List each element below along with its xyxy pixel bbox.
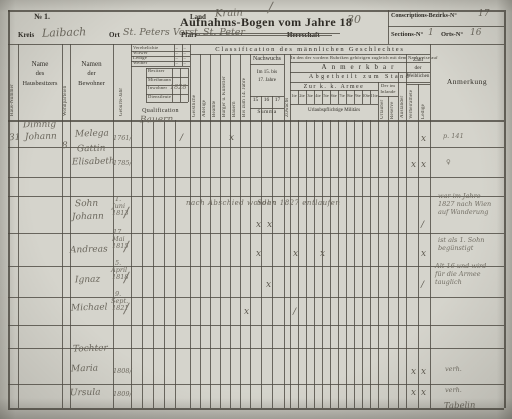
grid-line-horizontal <box>8 233 504 234</box>
armee-class-cell: 8te <box>346 94 354 99</box>
grid-line-vertical <box>322 90 323 104</box>
religion-row-value: – <box>184 61 187 66</box>
handwritten-remark: begünstigt <box>438 245 473 252</box>
grid-line-vertical <box>418 84 419 408</box>
grid-line-horizontal <box>146 68 188 69</box>
handwritten-remark: Alt 16 und wird <box>435 263 486 270</box>
column-header-house-number: Haus-Nummer <box>10 58 15 116</box>
grid-line-horizontal <box>8 408 504 410</box>
column-header-owner-2: des <box>18 71 62 78</box>
handwritten-entry: 31 <box>9 134 21 143</box>
armee-class-cell: 5te <box>322 94 330 99</box>
signature: Tabelin <box>444 402 476 411</box>
handwritten-date: 1761∕ <box>113 135 132 142</box>
ort-label: Ort <box>109 32 120 39</box>
check-mark: x <box>256 221 261 230</box>
grid-line-horizontal <box>406 84 430 85</box>
grid-line-horizontal <box>8 44 504 45</box>
check-mark: x <box>421 368 426 377</box>
grid-line-vertical <box>370 120 371 408</box>
kreis-value: Laibach <box>42 26 87 39</box>
column-header-1: Geistliche <box>192 57 197 117</box>
handwritten-entry: Ignaz <box>75 276 100 286</box>
handwritten-entry: Gattin <box>77 145 106 155</box>
column-header-owner-3: Hausbesitzers <box>18 81 62 87</box>
grid-line-horizontal <box>388 26 504 27</box>
handwritten-remark: p. 141 <box>443 133 464 140</box>
grid-line-horizontal <box>250 108 284 109</box>
handwritten-entry: 8 <box>62 142 68 151</box>
grid-line-horizontal <box>250 64 284 65</box>
grid-line-horizontal <box>290 62 430 63</box>
orts-label: Orts-N° <box>441 32 463 39</box>
handwritten-remark: verh. <box>445 387 462 394</box>
armee-class-cell: 7te <box>338 94 346 99</box>
sections-value: 1 <box>428 29 434 38</box>
grid-line-horizontal <box>290 82 430 83</box>
grid-line-horizontal <box>131 66 190 67</box>
grid-line-vertical <box>362 90 363 104</box>
grid-line-vertical <box>370 90 371 104</box>
check-mark: x <box>293 250 298 259</box>
qualification-row-label: Inwohner <box>148 86 167 91</box>
women-title-2: der <box>406 66 430 72</box>
handwritten-entry: Melega <box>75 130 109 140</box>
check-mark: ∕ <box>180 134 183 143</box>
column-header-inhabitants-3: Bewohner <box>70 81 113 88</box>
check-mark: x <box>320 250 325 259</box>
classification-banner: Classification des männlichen Geschlecht… <box>190 47 430 54</box>
qualification-row-label: Miethmann <box>148 78 171 83</box>
column-header-owner-1: Name <box>18 61 62 68</box>
grid-line-vertical <box>346 90 347 104</box>
column-header-party: Wohnparteien <box>63 56 68 116</box>
handwritten-entry: Maria <box>71 365 98 375</box>
grid-line-vertical <box>142 120 143 408</box>
handwritten-date: 1809∕ <box>113 391 132 398</box>
armee-class-cell: 4te <box>314 94 322 99</box>
grid-line-vertical <box>298 90 299 104</box>
conscription-label: Conscriptions-Bezirks-N° <box>391 13 457 19</box>
grid-line-vertical <box>362 120 363 408</box>
handwritten-entry: Johann <box>25 133 57 143</box>
women-column-2: Ledige <box>421 86 426 119</box>
column-header-auslaender: Ausländer <box>400 74 405 118</box>
grid-line-vertical <box>306 120 307 408</box>
handwritten-entry: Andreas <box>70 246 108 256</box>
handwritten-entry: Johann <box>72 213 104 223</box>
grid-line-vertical <box>200 54 201 408</box>
grid-line-horizontal <box>8 266 504 267</box>
grid-line-horizontal <box>378 96 398 97</box>
grid-line-horizontal <box>8 384 504 385</box>
nachwuchs-sub-2: 17. Jahre <box>250 78 284 83</box>
grid-line-vertical <box>284 54 285 408</box>
grid-line-vertical <box>504 10 506 408</box>
grid-line-horizontal <box>8 177 504 178</box>
grid-line-vertical <box>175 120 176 408</box>
grid-line-horizontal <box>8 325 504 326</box>
grid-line-vertical <box>240 54 241 408</box>
nachwuchs-sub-1: Im 15. bis <box>250 70 284 75</box>
column-header-6: Bis zum 14. Jahre <box>242 57 247 117</box>
grid-line-vertical <box>314 120 315 408</box>
stroke-mark: ∕ <box>124 302 129 316</box>
handwritten-remark: war im Jahre <box>438 193 481 200</box>
grid-line-horizontal <box>250 96 284 97</box>
grid-line-vertical <box>398 72 399 408</box>
stroke-mark: ∕ <box>124 240 129 254</box>
check-mark: x <box>421 250 426 259</box>
grid-line-vertical <box>272 96 273 408</box>
handwritten-entry: Tochter <box>73 345 108 355</box>
check-mark: ∕ <box>293 308 296 317</box>
grid-line-vertical <box>290 54 291 408</box>
column-header-birth-year: Geburts-Jahr <box>119 56 124 116</box>
grid-line-vertical <box>298 120 299 408</box>
kreis-label: Kreis <box>18 32 34 39</box>
handwritten-note: Sohn 1827 entlaufen <box>257 200 340 207</box>
armee-class-cell: 2te <box>298 94 306 99</box>
women-title-3: Weiblichen <box>406 74 430 79</box>
check-mark: ∕ <box>421 221 424 230</box>
stroke-mark: ∕ <box>124 271 129 285</box>
grid-line-vertical <box>378 82 379 408</box>
handwritten-remark: ♀ <box>446 159 451 166</box>
check-mark: x <box>229 134 234 143</box>
handwritten-remark: tauglich <box>435 279 462 286</box>
grid-line-vertical <box>306 90 307 104</box>
urlaub-title: Urlaubspflichtige Militärs <box>290 108 378 113</box>
check-mark: x <box>266 281 271 290</box>
column-header-4: Bürger u. Künstler <box>222 57 227 117</box>
check-mark: x <box>421 135 426 144</box>
grid-line-horizontal <box>290 72 430 73</box>
religion-row-value: – <box>176 61 179 66</box>
grid-line-vertical <box>346 120 347 408</box>
handwritten-entry: Sohn <box>75 200 98 210</box>
grid-line-vertical <box>330 90 331 104</box>
armee-class-cell: 3te <box>306 94 314 99</box>
handwritten-remark: für die Armee <box>435 271 481 278</box>
grid-line-vertical <box>330 120 331 408</box>
nachwuchs-age-cell: 17 <box>272 98 283 104</box>
check-mark: x <box>421 389 426 398</box>
handwritten-remark: verh. <box>445 366 462 373</box>
handwritten-entry: Ursula <box>70 389 101 399</box>
stroke-mark: ∕ <box>268 1 273 15</box>
grid-line-vertical <box>113 44 114 408</box>
column-header-5: Bauern <box>232 57 237 117</box>
handwritten-entry: Michael <box>71 304 108 314</box>
check-mark: x <box>411 389 416 398</box>
form-number: № 1. <box>34 13 50 21</box>
form-title-year: 30 <box>347 14 361 25</box>
check-mark: ∕ <box>421 281 424 290</box>
grid-line-vertical <box>188 68 189 102</box>
grid-line-horizontal <box>8 196 504 197</box>
check-mark: x <box>244 308 249 317</box>
women-title-1: Zahl <box>406 58 430 64</box>
religion-row-label: Weiber <box>133 61 147 66</box>
grid-line-horizontal <box>190 54 430 55</box>
inland-column-1: Urlauber <box>380 97 385 119</box>
check-mark: x <box>421 161 426 170</box>
grid-line-vertical <box>190 44 191 408</box>
women-column-1: Verheirathete <box>409 86 414 119</box>
nachwuchs-age-cell: 15 <box>250 98 261 104</box>
check-mark: x <box>411 161 416 170</box>
anmerkung-header: Anmerkung <box>430 78 504 86</box>
armee-class-cell: 6te <box>330 94 338 99</box>
handwritten-date: 1808∕ <box>113 368 132 375</box>
column-header-inhabitants-2: der <box>70 71 113 78</box>
handwritten-remark: auf Wanderung <box>438 209 488 216</box>
grid-line-horizontal <box>8 297 504 298</box>
armee-class-cell: 10te <box>362 94 370 99</box>
orts-value: 16 <box>470 29 481 38</box>
handwritten-entry: Elisabeth <box>72 157 115 167</box>
grid-line-vertical <box>70 44 71 408</box>
armee-title: Zur k. k. Armee <box>290 84 378 90</box>
check-mark: x <box>256 250 261 259</box>
grid-line-vertical <box>261 96 262 408</box>
nachwuchs-title: Nachwuchs <box>250 56 284 62</box>
handwritten-entry: Bauern <box>140 116 173 126</box>
handwritten-remark: 1827 nach Wien <box>438 201 491 208</box>
stroke-mark: ∕ <box>124 206 129 220</box>
qualification-row-label: Dienstleute <box>148 95 171 100</box>
grid-line-vertical <box>354 120 355 408</box>
nachwuchs-age-cell: 16 <box>261 98 272 104</box>
grid-line-vertical <box>338 90 339 104</box>
grid-line-vertical <box>388 96 389 408</box>
check-mark: x <box>411 368 416 377</box>
inland-title-2: Inlande <box>378 90 398 95</box>
grid-line-vertical <box>131 44 132 408</box>
column-header-3: Beamte <box>212 57 217 117</box>
qualification-row-label: Besitzer <box>148 69 165 74</box>
title-underline <box>187 33 340 34</box>
grid-line-horizontal <box>290 104 378 105</box>
sections-label: Sections-N° <box>391 32 423 39</box>
handwritten-remark: ist als 1. Sohn <box>438 237 484 244</box>
handwritten-date: 1828 <box>170 84 187 91</box>
grid-line-vertical <box>322 120 323 408</box>
armee-class-cell: 9te <box>354 94 362 99</box>
grid-line-vertical <box>314 90 315 104</box>
grid-line-vertical <box>220 54 221 408</box>
title-underline-2 <box>195 35 332 36</box>
column-header-inhabitants-1: Namen <box>70 61 113 68</box>
grid-line-vertical <box>354 90 355 104</box>
armee-class-cell: 11te <box>370 94 378 99</box>
grid-line-vertical <box>338 120 339 408</box>
column-header-2: Adelige <box>202 57 207 117</box>
grid-line-vertical <box>62 44 63 408</box>
grid-line-vertical <box>210 54 211 408</box>
inland-column-2: Reserve <box>390 97 395 119</box>
armee-class-cell: 1te <box>290 94 298 99</box>
grid-line-vertical <box>18 44 19 408</box>
inland-title-1: Der im <box>378 84 398 89</box>
check-mark: x <box>267 221 272 230</box>
handwritten-date: 1785∕ <box>113 160 132 167</box>
grid-line-horizontal <box>8 10 504 12</box>
grid-line-horizontal <box>290 90 378 91</box>
handwritten-entry: Dimnig <box>23 121 56 131</box>
grid-line-horizontal <box>8 120 504 122</box>
scanned-conscription-form: № 1. Land Krain Aufnahms-Bogen vom Jahre… <box>0 0 512 419</box>
grid-line-vertical <box>406 54 407 408</box>
grid-line-vertical <box>430 44 431 408</box>
grid-line-vertical <box>164 120 165 408</box>
grid-line-vertical <box>153 120 154 408</box>
grid-line-vertical <box>230 54 231 408</box>
qualification-label: Qualification <box>131 108 190 114</box>
grid-line-vertical <box>388 10 389 44</box>
grid-line-horizontal <box>146 102 188 103</box>
nachwuchs-summa: Summa <box>250 110 284 116</box>
